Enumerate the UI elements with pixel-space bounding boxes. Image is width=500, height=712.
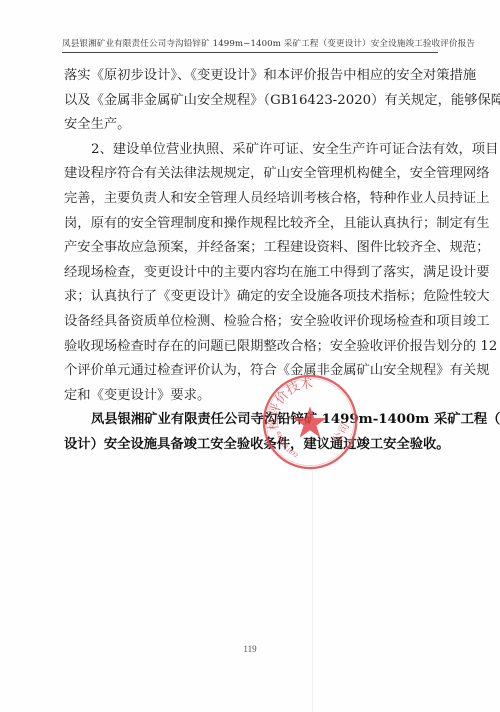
header-divider <box>62 52 438 53</box>
text-line: 完善，主要负责人和安全管理人员经培训考核合格，特种作业人员持证上 <box>64 187 438 212</box>
paragraph-item-2: 2、建设单位营业执照、采矿许可证、安全生产许可证合法有效，项目 建设程序符合有关… <box>64 138 438 409</box>
text-line: 安全生产。 <box>64 113 438 138</box>
text-line: 设计）安全设施具备竣工安全验收条件，建议通过竣工安全验收。 <box>64 433 438 458</box>
conclusion-paragraph: 凤县银湘矿业有限责任公司寺沟铅锌矿 1499m-1400m 采矿工程（变更 设计… <box>64 408 438 457</box>
report-body: 落实《原初步设计》、《变更设计》和本评价报告中相应的安全对策措施 以及《金属非金… <box>64 64 438 458</box>
page-number: 119 <box>0 644 500 654</box>
text-line: 凤县银湘矿业有限责任公司寺沟铅锌矿 1499m-1400m 采矿工程（变更 <box>64 408 438 433</box>
text-line: 定和《变更设计》要求。 <box>64 384 438 409</box>
text-line: 设备经具备资质单位检测、检验合格；安全验收评价现场检查和项目竣工 <box>64 310 438 335</box>
text-line: 2、建设单位营业执照、采矿许可证、安全生产许可证合法有效，项目 <box>64 138 438 163</box>
text-line: 岗，原有的安全管理制度和操作规程比较齐全，且能认真执行；制定有生 <box>64 212 438 237</box>
document-page: 凤县银湘矿业有限责任公司寺沟铅锌矿 1499m−1400m 采矿工程（变更设计）… <box>0 0 500 712</box>
scan-artifact-line <box>312 470 313 712</box>
text-line: 产安全事故应急预案，并经备案；工程建设资料、图件比较齐全、规范； <box>64 236 438 261</box>
text-line: 个评价单元通过检查评价认为，符合《金属非金属矿山安全规程》有关规 <box>64 359 438 384</box>
paragraph-continuation: 落实《原初步设计》、《变更设计》和本评价报告中相应的安全对策措施 以及《金属非金… <box>64 64 438 138</box>
running-header: 凤县银湘矿业有限责任公司寺沟铅锌矿 1499m−1400m 采矿工程（变更设计）… <box>62 38 438 50</box>
text-line: 求；认真执行了《变更设计》确定的安全设施各项技术指标；危险性较大 <box>64 285 438 310</box>
text-line: 落实《原初步设计》、《变更设计》和本评价报告中相应的安全对策措施 <box>64 64 438 89</box>
text-line: 建设程序符合有关法律法规规定，矿山安全管理机构健全，安全管理网络 <box>64 162 438 187</box>
text-line: 经现场检查，变更设计中的主要内容均在施工中得到了落实，满足设计要 <box>64 261 438 286</box>
text-line: 验收现场检查时存在的问题已限期整改合格；安全验收评价报告划分的 12 <box>64 335 438 360</box>
text-line: 以及《金属非金属矿山安全规程》（GB16423-2020）有关规定，能够保障 <box>64 89 438 114</box>
